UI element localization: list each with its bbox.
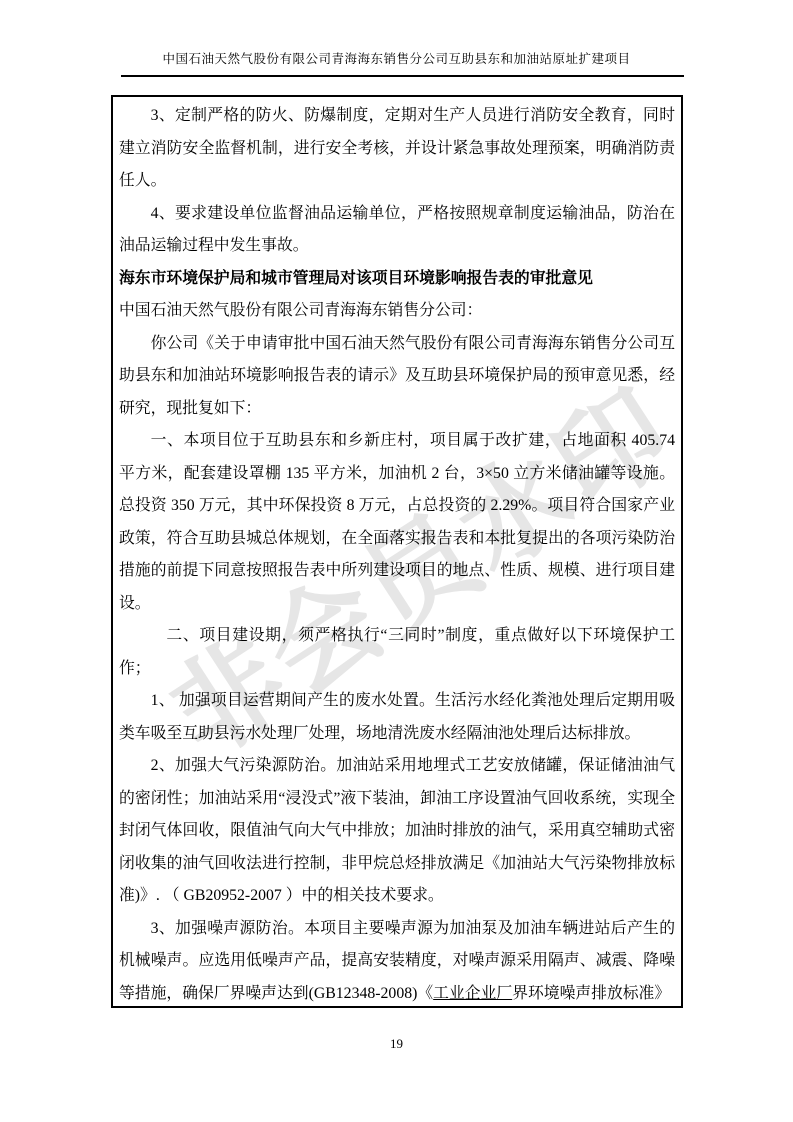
paragraph-oil-transport: 4、要求建设单位监督油品运输单位，严格按照规章制度运输油品，防治在油品运输过程中… — [119, 198, 675, 263]
paragraph-noise-control: 3、加强噪声源防治。本项目主要噪声源为加油泵及加油车辆进站后产生的机械噪声。应选… — [119, 913, 675, 1011]
paragraph-request-intro: 你公司《关于申请审批中国石油天然气股份有限公司青海海东销售分公司互助县东和加油站… — [119, 328, 675, 426]
salutation-company-line: 中国石油天然气股份有限公司青海海东销售分公司： — [119, 295, 675, 328]
header-rule — [121, 75, 684, 77]
section-heading-approval-opinion: 海东市环境保护局和城市管理局对该项目环境影响报告表的审批意见 — [119, 263, 675, 296]
noise-paragraph-underlined-standard-name: 工业企业厂 — [433, 985, 512, 1002]
paragraph-item-1-project-overview: 一、本项目位于互助县东和乡新庄村，项目属于改扩建，占地面积 405.74 平方米… — [119, 425, 675, 620]
paragraph-fire-protection: 3、定制严格的防火、防爆制度，定期对生产人员进行消防安全教育，同时建立消防安全监… — [119, 100, 675, 198]
page-header-title: 中国石油天然气股份有限公司青海海东销售分公司互助县东和加油站原址扩建项目 — [0, 49, 793, 67]
page-footer: 19 — [0, 1036, 793, 1052]
noise-paragraph-text-post: 界环境噪声排放标准》 — [512, 985, 670, 1002]
paragraph-item-2-construction-period: 二、项目建设期，须严格执行“三同时”制度，重点做好以下环境保护工作； — [119, 620, 675, 685]
page-number: 19 — [390, 1036, 403, 1051]
paragraph-wastewater-treatment: 1、 加强项目运营期间产生的废水处置。生活污水经化粪池处理后定期用吸类车吸至互助… — [119, 685, 675, 750]
document-page: 中国石油天然气股份有限公司青海海东销售分公司互助县东和加油站原址扩建项目 非会员… — [0, 0, 793, 1122]
content-table-cell: 3、定制严格的防火、防爆制度，定期对生产人员进行消防安全教育，同时建立消防安全监… — [111, 95, 683, 1008]
paragraph-air-pollution-control: 2、加强大气污染源防治。加油站采用地埋式工艺安放储罐，保证储油油气的密闭性；加油… — [119, 750, 675, 913]
